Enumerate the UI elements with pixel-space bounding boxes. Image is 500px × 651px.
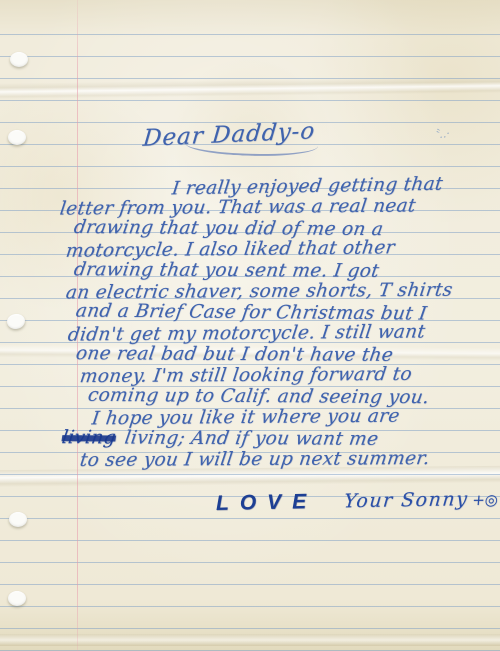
scanned-letter-page: 〝‥· Dear Daddy-o I really enjoyed gettin… — [0, 0, 500, 651]
punch-hole — [6, 313, 26, 330]
punch-hole — [10, 52, 28, 67]
line-text: coming up to Calif. and seeing you. — [86, 385, 430, 408]
paper-crease — [0, 634, 500, 646]
signature-love: LOVE — [216, 490, 318, 516]
line-text: drawing that you did of me on a — [72, 217, 384, 240]
punch-hole — [8, 591, 26, 606]
handwritten-line: drawing that you sent me. I got — [72, 259, 380, 282]
handwritten-line: livingliving; And if you want me — [60, 427, 379, 450]
handwritten-line: an electric shaver, some shorts, T shirt… — [65, 280, 454, 304]
handwritten-line: didn't get my motorcycle. I still want — [67, 321, 427, 345]
handwritten-line: to see you I will be up next summer. — [79, 448, 431, 471]
strikethrough-word: living — [60, 427, 117, 448]
signature-doodle-icon: +◎ — [471, 491, 498, 509]
line-text: one real bad but I don't have the — [74, 343, 394, 366]
handwritten-line: motorcycle. I also liked that other — [65, 237, 396, 261]
line-text: living; And if you want me — [123, 428, 380, 450]
handwritten-line: drawing that you did of me on a — [72, 217, 384, 240]
paper-crease — [0, 77, 500, 99]
handwritten-line: money. I'm still looking forward to — [79, 364, 414, 387]
line-text: motorcycle. I also liked that other — [65, 237, 396, 261]
signature-text: Your Sonny — [343, 488, 469, 512]
punch-hole — [9, 512, 27, 527]
letter-greeting: Dear Daddy-o — [142, 118, 317, 152]
line-text: to see you I will be up next summer. — [79, 448, 431, 471]
line-text: drawing that you sent me. I got — [72, 259, 380, 282]
handwritten-line: one real bad but I don't have the — [74, 343, 394, 366]
handwritten-line: letter from you. That was a real neat — [59, 195, 417, 219]
line-text: money. I'm still looking forward to — [79, 364, 414, 387]
handwritten-line: coming up to Calif. and seeing you. — [86, 385, 430, 408]
signature-name: Your Sonny+◎ — [343, 488, 499, 513]
handwritten-line: I hope you like it where you are — [91, 406, 401, 430]
punch-hole — [8, 130, 26, 145]
line-text: an electric shaver, some shorts, T shirt… — [65, 280, 454, 304]
line-text: didn't get my motorcycle. I still want — [67, 321, 427, 345]
stray-ink-mark: 〝‥· — [427, 125, 450, 143]
line-text: letter from you. That was a real neat — [59, 195, 417, 219]
line-text: I hope you like it where you are — [91, 406, 401, 430]
